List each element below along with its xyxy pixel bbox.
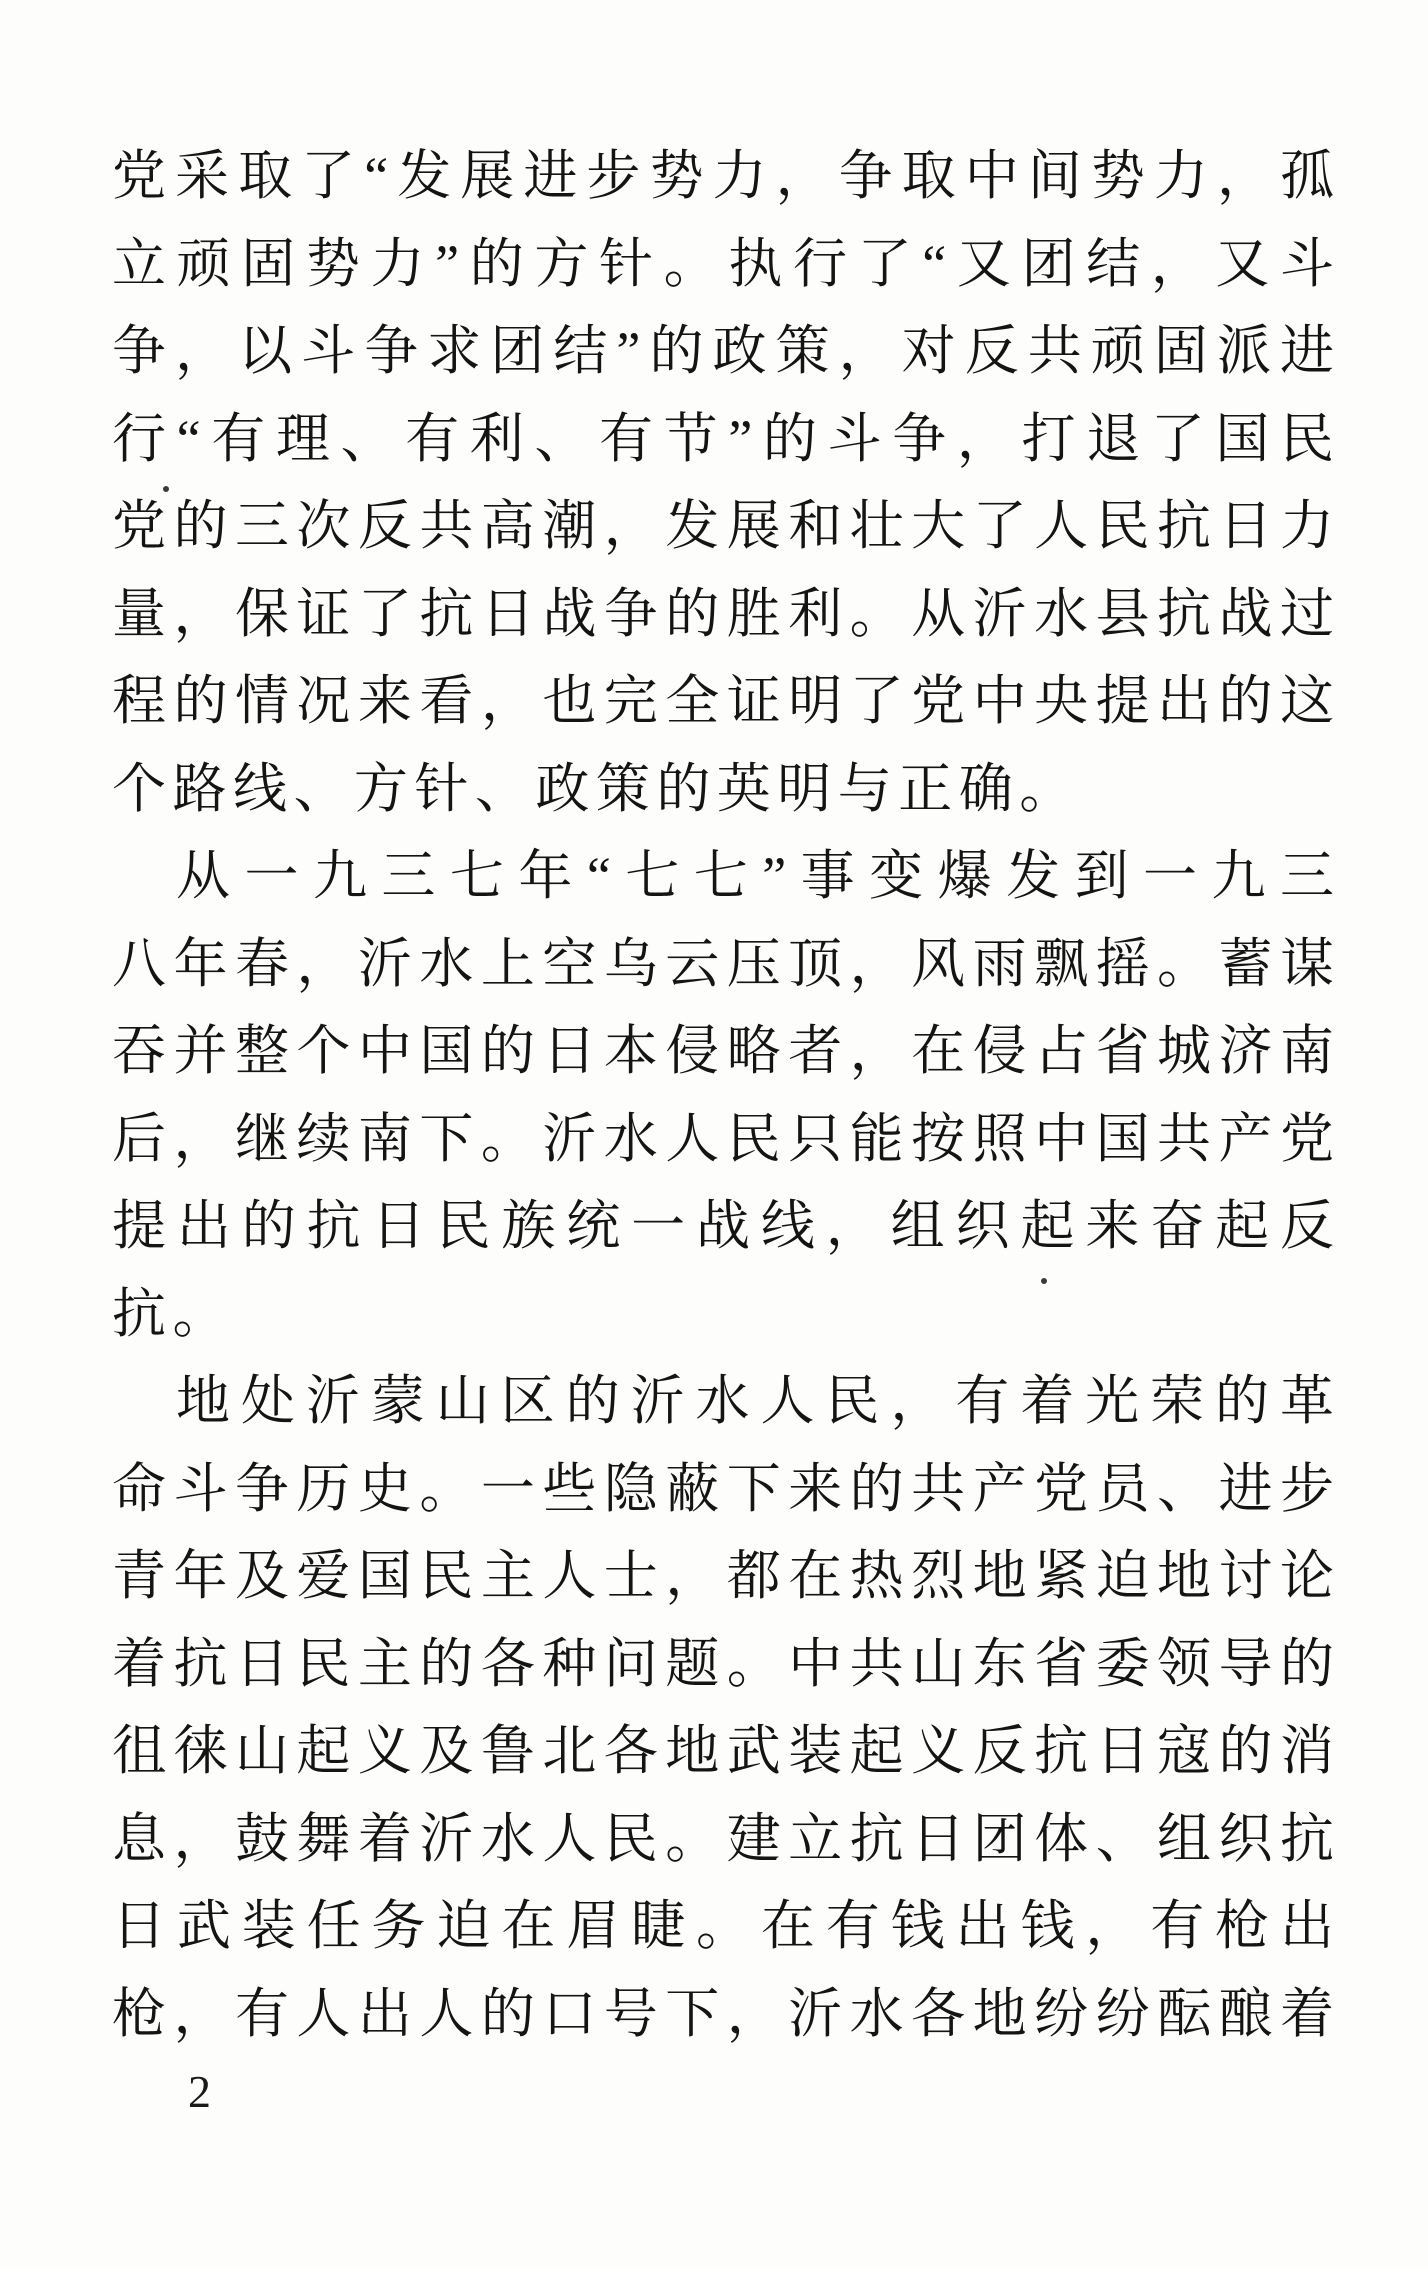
text-line: 从一九三七年“七七”事变爆发到一九三 [112, 833, 1334, 921]
text-line: 个路线、方针、政策的英明与正确。 [112, 746, 1334, 834]
text-line: 程的情况来看，也完全证明了党中央提出的这 [112, 658, 1334, 746]
text-line: 命斗争历史。一些隐蔽下来的共产党员、进步 [112, 1446, 1334, 1534]
text-line: 吞并整个中国的日本侵略者，在侵占省城济南 [112, 1008, 1334, 1096]
text-line: 枪，有人出人的口号下，沂水各地纷纷酝酿着 [112, 1971, 1334, 2059]
text-line: 息，鼓舞着沂水人民。建立抗日团体、组织抗 [112, 1796, 1334, 1884]
text-line: 立顽固势力”的方针。执行了“又团结，又斗 [112, 221, 1334, 309]
text-line: 地处沂蒙山区的沂水人民，有着光荣的革 [112, 1358, 1334, 1446]
text-line: 党采取了“发展进步势力，争取中间势力，孤 [112, 133, 1334, 221]
text-line: 争，以斗争求团结”的政策，对反共顽固派进 [112, 308, 1334, 396]
scan-speck [163, 486, 169, 492]
text-line: 量，保证了抗日战争的胜利。从沂水县抗战过 [112, 571, 1334, 659]
scan-speck [1041, 1278, 1047, 1284]
text-line: 党的三次反共高潮，发展和壮大了人民抗日力 [112, 483, 1334, 571]
body-text: 党采取了“发展进步势力，争取中间势力，孤立顽固势力”的方针。执行了“又团结，又斗… [112, 133, 1334, 2058]
scanned-page: 党采取了“发展进步势力，争取中间势力，孤立顽固势力”的方针。执行了“又团结，又斗… [0, 0, 1428, 2269]
text-line: 后，继续南下。沂水人民只能按照中国共产党 [112, 1096, 1334, 1184]
text-line: 抗。 [112, 1271, 1334, 1359]
text-line: 提出的抗日民族统一战线，组织起来奋起反 [112, 1183, 1334, 1271]
text-line: 日武装任务迫在眉睫。在有钱出钱，有枪出 [112, 1883, 1334, 1971]
text-line: 着抗日民主的各种问题。中共山东省委领导的 [112, 1621, 1334, 1709]
text-line: 青年及爱国民主人士，都在热烈地紧迫地讨论 [112, 1533, 1334, 1621]
text-line: 八年春，沂水上空乌云压顶，风雨飘摇。蓄谋 [112, 921, 1334, 1009]
page-number: 2 [188, 2062, 211, 2122]
text-line: 行“有理、有利、有节”的斗争，打退了国民 [112, 396, 1334, 484]
text-line: 徂徕山起义及鲁北各地武装起义反抗日寇的消 [112, 1708, 1334, 1796]
